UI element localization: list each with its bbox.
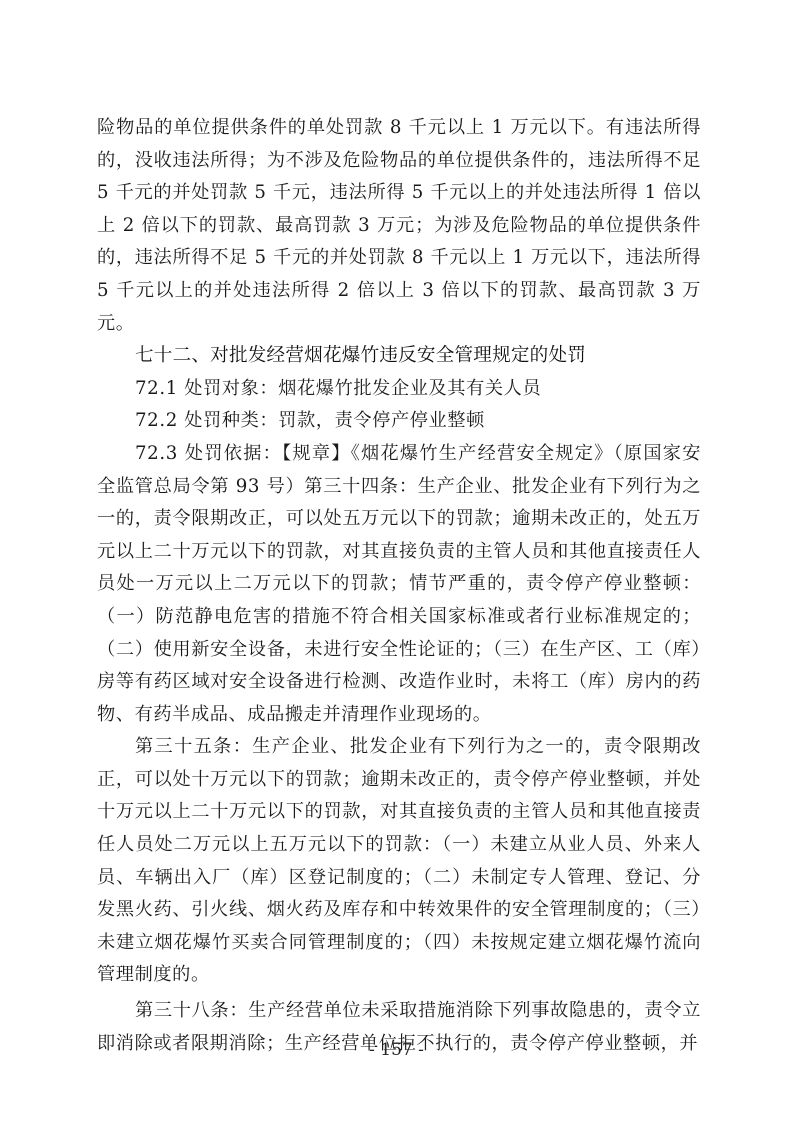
- section-heading: 七十二、对批发经营烟花爆竹违反安全管理规定的处罚: [97, 340, 701, 373]
- document-page: 险物品的单位提供条件的单处罚款 8 千元以上 1 万元以下。有违法所得的，没收违…: [97, 112, 701, 1060]
- paragraph-penalty-type: 72.2 处罚种类：罚款，责令停产停业整顿: [97, 405, 701, 438]
- paragraph-penalty-target: 72.1 处罚对象：烟花爆竹批发企业及其有关人员: [97, 373, 701, 406]
- paragraph-penalty-basis: 72.3 处罚依据：【规章】《烟花爆竹生产经营安全规定》（原国家安全监管总局令第…: [97, 438, 701, 731]
- paragraph-article-35: 第三十五条：生产企业、批发企业有下列行为之一的，责令限期改正，可以处十万元以下的…: [97, 731, 701, 992]
- paragraph-continued: 险物品的单位提供条件的单处罚款 8 千元以上 1 万元以下。有违法所得的，没收违…: [97, 112, 701, 340]
- page-number: - 157 -: [0, 1040, 793, 1060]
